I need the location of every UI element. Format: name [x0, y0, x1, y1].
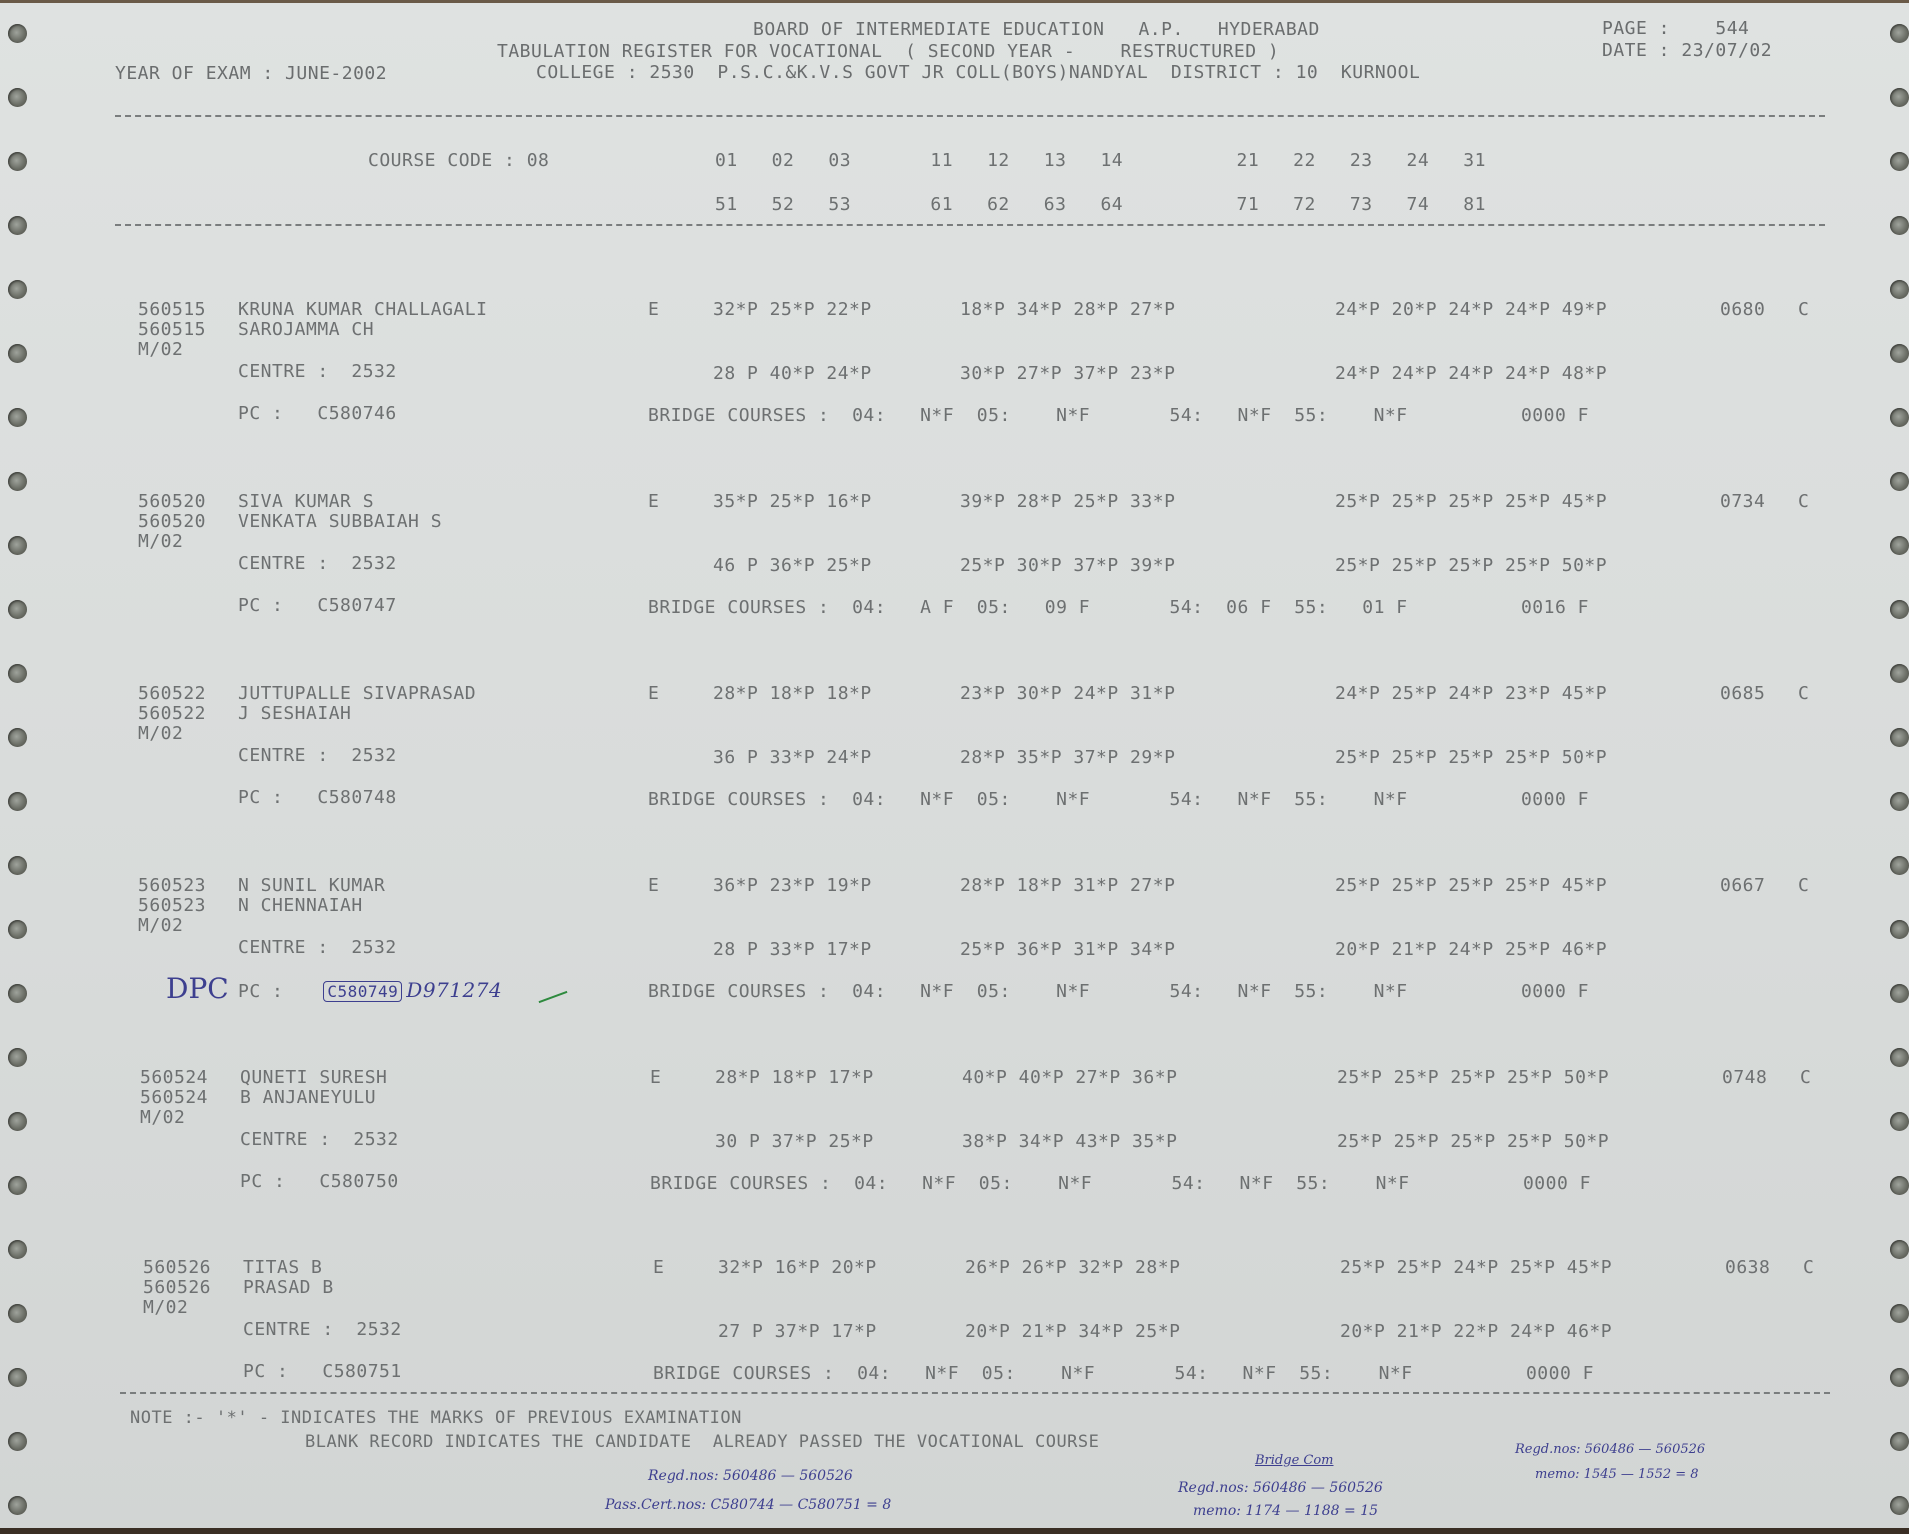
exam-month: M/02 [138, 532, 183, 552]
subject-codes-row-1: 01 02 03 11 12 13 14 21 22 23 24 31 [715, 151, 1486, 171]
father-name: J SESHAIAH [238, 704, 351, 724]
tractor-hole [8, 1368, 27, 1387]
tractor-hole [8, 664, 27, 683]
candidate-name: SIVA KUMAR S [238, 492, 374, 512]
marks-part-1: 28*P 18*P 17*P [715, 1068, 874, 1088]
handwritten-bridge-label: Bridge Com [1255, 1453, 1334, 1468]
tractor-hole [8, 280, 27, 299]
marks-part-3: 24*P 20*P 24*P 24*P 49*P [1335, 300, 1607, 320]
register-number-repeat: 560523 [138, 896, 206, 916]
tractor-hole [1890, 1496, 1909, 1515]
candidate-name: JUTTUPALLE SIVAPRASAD [238, 684, 476, 704]
tractor-hole [1890, 88, 1909, 107]
divider [115, 115, 1825, 117]
tractor-hole [1890, 1304, 1909, 1323]
marks-part-3-second: 20*P 21*P 24*P 25*P 46*P [1335, 940, 1607, 960]
handwritten-memo-range-right: memo: 1545 — 1552 = 8 [1535, 1467, 1699, 1482]
register-number-repeat: 560526 [143, 1278, 211, 1298]
marks-part-2: 26*P 26*P 32*P 28*P [965, 1258, 1180, 1278]
pass-certificate: PC :C580749D971274 [238, 980, 502, 1002]
total-marks: 0734 [1720, 492, 1765, 512]
marks-part-3-second: 20*P 21*P 22*P 24*P 46*P [1340, 1322, 1612, 1342]
tractor-hole [1890, 792, 1909, 811]
register-number-repeat: 560524 [140, 1088, 208, 1108]
result-class: C [1798, 300, 1809, 320]
result-class: C [1800, 1068, 1811, 1088]
tractor-hole [8, 920, 27, 939]
tractor-hole [1890, 408, 1909, 427]
bridge-courses: BRIDGE COURSES : 04: N*F 05: N*F 54: N*F… [650, 1174, 1591, 1194]
register-number: 560526 [143, 1258, 211, 1278]
tractor-hole [1890, 472, 1909, 491]
handwritten-regd-range-mid: Regd.nos: 560486 — 560526 [1178, 1480, 1383, 1496]
tractor-hole [8, 1048, 27, 1067]
tractor-hole [1890, 24, 1909, 43]
tractor-hole [1890, 280, 1909, 299]
tractor-hole [8, 216, 27, 235]
check-mark-icon [539, 991, 568, 1003]
bridge-courses: BRIDGE COURSES : 04: N*F 05: N*F 54: N*F… [648, 790, 1589, 810]
pass-certificate-code-circled: C580749 [323, 981, 402, 1002]
marks-part-1-second: 36 P 33*P 24*P [713, 748, 872, 768]
tractor-hole [8, 1112, 27, 1131]
tractor-hole [8, 24, 27, 43]
total-marks: 0748 [1722, 1068, 1767, 1088]
marks-part-3-second: 24*P 24*P 24*P 24*P 48*P [1335, 364, 1607, 384]
total-marks: 0680 [1720, 300, 1765, 320]
marks-part-2: 18*P 34*P 28*P 27*P [960, 300, 1175, 320]
candidate-name: KRUNA KUMAR CHALLAGALI [238, 300, 487, 320]
tractor-hole [1890, 1432, 1909, 1451]
total-marks: 0667 [1720, 876, 1765, 896]
tractor-hole [8, 88, 27, 107]
exam-month: M/02 [143, 1298, 188, 1318]
marks-part-1-second: 46 P 36*P 25*P [713, 556, 872, 576]
marks-part-2: 40*P 40*P 27*P 36*P [962, 1068, 1177, 1088]
total-marks: 0638 [1725, 1258, 1770, 1278]
tabulation-register-sheet: BOARD OF INTERMEDIATE EDUCATION A.P. HYD… [0, 0, 1909, 1534]
exam-centre: CENTRE : 2532 [238, 938, 397, 958]
exam-month: M/02 [138, 340, 183, 360]
handwritten-regd-range-left: Regd.nos: 560486 — 560526 [648, 1468, 853, 1484]
right-tractor-holes [1888, 0, 1909, 1534]
bridge-courses: BRIDGE COURSES : 04: N*F 05: N*F 54: N*F… [653, 1364, 1594, 1384]
handwritten-duplicate-code: D971274 [406, 978, 502, 1002]
tractor-hole [8, 408, 27, 427]
divider [120, 1392, 1830, 1394]
tractor-hole [8, 792, 27, 811]
marks-part-3: 25*P 25*P 24*P 25*P 45*P [1340, 1258, 1612, 1278]
tractor-hole [1890, 600, 1909, 619]
candidate-name: QUNETI SURESH [240, 1068, 387, 1088]
paper-bottom-edge [0, 1528, 1909, 1534]
register-number-repeat: 560515 [138, 320, 206, 340]
marks-part-1-second: 28 P 40*P 24*P [713, 364, 872, 384]
marks-part-3: 25*P 25*P 25*P 25*P 45*P [1335, 492, 1607, 512]
bridge-courses: BRIDGE COURSES : 04: A F 05: 09 F 54: 06… [648, 598, 1589, 618]
handwritten-dpc-annotation: DPC [166, 972, 229, 1005]
exam-centre: CENTRE : 2532 [238, 362, 397, 382]
exam-centre: CENTRE : 2532 [240, 1130, 399, 1150]
total-marks: 0685 [1720, 684, 1765, 704]
marks-part-1-second: 28 P 33*P 17*P [713, 940, 872, 960]
handwritten-regd-range-right: Regd.nos: 560486 — 560526 [1515, 1442, 1705, 1457]
marks-part-2-second: 25*P 36*P 31*P 34*P [960, 940, 1175, 960]
tractor-hole [1890, 920, 1909, 939]
exam-centre: CENTRE : 2532 [238, 554, 397, 574]
divider [115, 224, 1825, 226]
tractor-hole [8, 1432, 27, 1451]
marks-part-2-second: 28*P 35*P 37*P 29*P [960, 748, 1175, 768]
medium: E [648, 876, 659, 896]
result-class: C [1798, 876, 1809, 896]
tractor-hole [8, 344, 27, 363]
board-title: BOARD OF INTERMEDIATE EDUCATION A.P. HYD… [753, 20, 1320, 40]
tractor-hole [1890, 856, 1909, 875]
tractor-hole [8, 1496, 27, 1515]
page-number: PAGE : 544 [1602, 19, 1749, 39]
marks-part-1: 32*P 25*P 22*P [713, 300, 872, 320]
register-number: 560523 [138, 876, 206, 896]
father-name: B ANJANEYULU [240, 1088, 376, 1108]
print-date: DATE : 23/07/02 [1602, 41, 1772, 61]
result-class: C [1798, 492, 1809, 512]
year-of-exam: YEAR OF EXAM : JUNE-2002 [115, 64, 387, 84]
exam-month: M/02 [140, 1108, 185, 1128]
register-title: TABULATION REGISTER FOR VOCATIONAL ( SEC… [497, 42, 1279, 62]
marks-part-1: 36*P 23*P 19*P [713, 876, 872, 896]
tractor-hole [8, 856, 27, 875]
register-number: 560520 [138, 492, 206, 512]
subject-codes-row-2: 51 52 53 61 62 63 64 71 72 73 74 81 [715, 195, 1486, 215]
exam-month: M/02 [138, 916, 183, 936]
tractor-hole [8, 728, 27, 747]
father-name: PRASAD B [243, 1278, 334, 1298]
marks-part-2-second: 20*P 21*P 34*P 25*P [965, 1322, 1180, 1342]
marks-part-1: 32*P 16*P 20*P [718, 1258, 877, 1278]
pass-certificate: PC : C580747 [238, 596, 397, 616]
tractor-hole [1890, 344, 1909, 363]
tractor-hole [1890, 1176, 1909, 1195]
register-number: 560524 [140, 1068, 208, 1088]
result-class: C [1803, 1258, 1814, 1278]
medium: E [648, 492, 659, 512]
marks-part-3-second: 25*P 25*P 25*P 25*P 50*P [1337, 1132, 1609, 1152]
marks-part-2: 28*P 18*P 31*P 27*P [960, 876, 1175, 896]
tractor-hole [1890, 1048, 1909, 1067]
bridge-courses: BRIDGE COURSES : 04: N*F 05: N*F 54: N*F… [648, 406, 1589, 426]
tractor-hole [8, 472, 27, 491]
handwritten-pass-cert-range: Pass.Cert.nos: C580744 — C580751 = 8 [605, 1497, 891, 1513]
medium: E [648, 684, 659, 704]
tractor-hole [8, 1304, 27, 1323]
tractor-hole [8, 600, 27, 619]
father-name: VENKATA SUBBAIAH S [238, 512, 442, 532]
marks-part-3: 25*P 25*P 25*P 25*P 50*P [1337, 1068, 1609, 1088]
tractor-hole [8, 536, 27, 555]
exam-centre: CENTRE : 2532 [238, 746, 397, 766]
marks-part-1: 35*P 25*P 16*P [713, 492, 872, 512]
marks-part-3-second: 25*P 25*P 25*P 25*P 50*P [1335, 556, 1607, 576]
tractor-hole [1890, 152, 1909, 171]
marks-part-1: 28*P 18*P 18*P [713, 684, 872, 704]
marks-part-1-second: 27 P 37*P 17*P [718, 1322, 877, 1342]
medium: E [653, 1258, 664, 1278]
tractor-hole [1890, 1240, 1909, 1259]
register-number-repeat: 560520 [138, 512, 206, 532]
marks-part-1-second: 30 P 37*P 25*P [715, 1132, 874, 1152]
register-number: 560522 [138, 684, 206, 704]
marks-part-3: 25*P 25*P 25*P 25*P 45*P [1335, 876, 1607, 896]
register-number-repeat: 560522 [138, 704, 206, 724]
paper-top-edge [0, 0, 1909, 3]
result-class: C [1798, 684, 1809, 704]
pass-certificate: PC : C580748 [238, 788, 397, 808]
marks-part-2: 23*P 30*P 24*P 31*P [960, 684, 1175, 704]
candidate-name: N SUNIL KUMAR [238, 876, 385, 896]
tractor-hole [8, 1240, 27, 1259]
medium: E [648, 300, 659, 320]
tractor-hole [8, 152, 27, 171]
candidate-name: TITAS B [243, 1258, 322, 1278]
marks-part-3-second: 25*P 25*P 25*P 25*P 50*P [1335, 748, 1607, 768]
exam-centre: CENTRE : 2532 [243, 1320, 402, 1340]
handwritten-memo-range-mid: memo: 1174 — 1188 = 15 [1193, 1503, 1378, 1519]
tractor-hole [1890, 216, 1909, 235]
pass-certificate: PC : C580746 [238, 404, 397, 424]
father-name: N CHENNAIAH [238, 896, 363, 916]
tractor-hole [8, 1176, 27, 1195]
exam-month: M/02 [138, 724, 183, 744]
marks-part-2: 39*P 28*P 25*P 33*P [960, 492, 1175, 512]
father-name: SAROJAMMA CH [238, 320, 374, 340]
left-tractor-holes [8, 0, 38, 1534]
marks-part-2-second: 38*P 34*P 43*P 35*P [962, 1132, 1177, 1152]
tractor-hole [1890, 536, 1909, 555]
note-line-2: BLANK RECORD INDICATES THE CANDIDATE ALR… [305, 1432, 1099, 1452]
tractor-hole [1890, 1368, 1909, 1387]
tractor-hole [1890, 664, 1909, 683]
tractor-hole [1890, 728, 1909, 747]
note-line-1: NOTE :- '*' - INDICATES THE MARKS OF PRE… [130, 1408, 742, 1428]
register-number: 560515 [138, 300, 206, 320]
tractor-hole [1890, 984, 1909, 1003]
marks-part-3: 24*P 25*P 24*P 23*P 45*P [1335, 684, 1607, 704]
pass-certificate: PC : C580751 [243, 1362, 402, 1382]
marks-part-2-second: 30*P 27*P 37*P 23*P [960, 364, 1175, 384]
bridge-courses: BRIDGE COURSES : 04: N*F 05: N*F 54: N*F… [648, 982, 1589, 1002]
marks-part-2-second: 25*P 30*P 37*P 39*P [960, 556, 1175, 576]
tractor-hole [1890, 1112, 1909, 1131]
tractor-hole [8, 984, 27, 1003]
pass-certificate: PC : C580750 [240, 1172, 399, 1192]
medium: E [650, 1068, 661, 1088]
course-code: COURSE CODE : 08 [368, 151, 549, 171]
college-info: COLLEGE : 2530 P.S.C.&K.V.S GOVT JR COLL… [536, 63, 1420, 83]
